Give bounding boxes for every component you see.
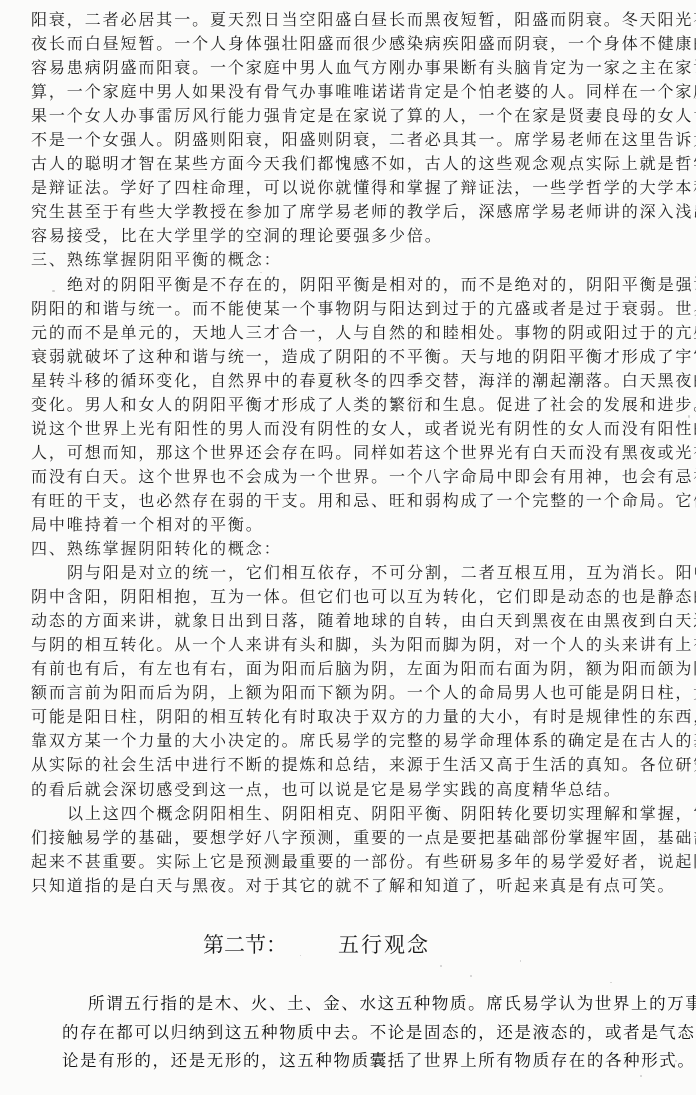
text-line: 衰弱就破坏了这种和谐与统一，造成了阴阳的不平衡。天与地的阴阳平衡才形成了宇宙中的: [31, 345, 671, 369]
text-line: 算，一个家庭中男人如果没有骨气办事唯唯诺诺肯定是个怕老婆的人。同样在一个家庭中如: [31, 80, 671, 104]
text-line: 星转斗移的循环变化，自然界中的春夏秋冬的四季交替，海洋的潮起潮落。白天黑夜的昼夜: [31, 369, 671, 393]
text-line: 可能是阳日柱，阴阳的相互转化有时取决于双方的力量的大小，有时是规律性的东西，不是: [31, 705, 671, 729]
section-title-text: 五行观念: [338, 930, 430, 960]
text-line: 阴阳的和谐与统一。而不能使某一个事物阴与阳达到过于的亢盛或者是过于衰弱。世界是多: [31, 297, 671, 321]
text-line: 阴中含阳，阴阳相抱，互为一体。但它们也可以互为转化，它们即是动态的也是静态的。从: [31, 585, 671, 609]
text-line: 论是有形的，还是无形的，这五种物质囊括了世界上所有物质存在的各种形式。: [62, 1047, 672, 1076]
text-line: 的看后就会深切感受到这一点，也可以说是它是易学实践的高度精华总结。: [31, 778, 671, 802]
text-line: 不是一个女强人。阴盛则阳衰，阳盛则阴衰，二者必具其一。席学易老师在这里告诉大家，: [31, 128, 671, 152]
scanned-document-page: 阳衰，二者必居其一。夏天烈日当空阳盛白昼长而黑夜短暂，阳盛而阴衰。冬天阳光不烈黑…: [0, 0, 696, 1095]
paragraph-start: 绝对的阴阳平衡是不存在的，阴阳平衡是相对的，而不是绝对的，阴阳平衡是强调事物: [31, 273, 671, 297]
text-line: 变化。男人和女人的阴阳平衡才形成了人类的繁衍和生息。促进了社会的发展和进步。如果: [31, 393, 671, 417]
paragraph-start: 所谓五行指的是木、火、土、金、水这五种物质。席氏易学认为世界上的万事万物: [62, 990, 672, 1019]
subsection-heading-transformation: 四、熟练掌握阴阳转化的概念：: [31, 537, 671, 561]
text-line: 阳衰，二者必居其一。夏天烈日当空阳盛白昼长而黑夜短暂，阳盛而阴衰。冬天阳光不烈黑: [31, 8, 671, 32]
text-line: 究生甚至于有些大学教授在参加了席学易老师的教学后，深感席学易老师讲的深入浅出，很: [31, 200, 671, 224]
text-line: 们接触易学的基础，要想学好八字预测，重要的一点是要把基础部份掌握牢固，基础部份看: [31, 826, 671, 850]
paragraph-start: 以上这四个概念阴阳相生、阴阳相克、阴阳平衡、阴阳转化要切实理解和掌握，它是我: [31, 802, 671, 826]
text-line: 靠双方某一个力量的大小决定的。席氏易学的完整的易学命理体系的确定是在古人的基础上: [31, 729, 671, 753]
text-line: 起来不甚重要。实际上它是预测最重要的一部份。有些研易多年的易学爱好者，说起阴阳来: [31, 850, 671, 874]
text-line: 果一个女人办事雷厉风行能力强肯定是在家说了算的人，一个在家是贤妻良母的女人肯定也: [31, 104, 671, 128]
body-text-block: 阳衰，二者必居其一。夏天烈日当空阳盛白昼长而黑夜短暂，阳盛而阴衰。冬天阳光不烈黑…: [31, 8, 671, 898]
section-heading: 第二节： 五行观念: [203, 930, 287, 960]
five-elements-paragraph: 所谓五行指的是木、火、土、金、水这五种物质。席氏易学认为世界上的万事万物 的存在…: [62, 990, 672, 1076]
text-line: 额而言前为阳而后为阴，上额为阳而下额为阴。一个人的命局男人也可能是阴日柱，女人也: [31, 681, 671, 705]
text-line: 有前也有后，有左也有右，面为阳而后脑为阴，左面为阳而右面为阴，额为阳而颌为阴，对: [31, 657, 671, 681]
text-line: 局中唯持着一个相对的平衡。: [31, 513, 671, 537]
text-line: 从实际的社会生活中进行不断的提炼和总结，来源于生活又高于生活的真知。各位研究易学: [31, 753, 671, 777]
text-line: 说这个世界上光有阳性的男人而没有阴性的女人，或者说光有阴性的女人而没有阳性的男: [31, 417, 671, 441]
text-line: 夜长而白昼短暂。一个人身体强壮阳盛而很少感染病疾阳盛而阴衰，一个身体不健康的人最: [31, 32, 671, 56]
text-line: 只知道指的是白天与黑夜。对于其它的就不了解和知道了，听起来真是有点可笑。: [31, 874, 671, 898]
text-line: 动态的方面来讲，就象日出到日落，随着地球的自转，由白天到黑夜在由黑夜到白天这样阳: [31, 609, 671, 633]
text-line: 元的而不是单元的，天地人三才合一，人与自然的和睦相处。事物的阴或阳过于的亢盛大或: [31, 321, 671, 345]
text-line: 古人的聪明才智在某些方面今天我们都愧感不如，古人的这些观念观点实际上就是哲学，就: [31, 152, 671, 176]
section-number: 第二节：: [203, 930, 287, 960]
text-line: 是辩证法。学好了四柱命理，可以说你就懂得和掌握了辩证法，一些学哲学的大学本科生研: [31, 176, 671, 200]
text-line: 而没有白天。这个世界也不会成为一个世界。一个八字命局中即会有用神，也会有忌神，即: [31, 465, 671, 489]
text-line: 人，可想而知，那这个世界还会存在吗。同样如若这个世界光有白天而没有黑夜或光有黑夜: [31, 441, 671, 465]
text-line: 的存在都可以归纳到这五种物质中去。不论是固态的，还是液态的，或者是气态的，不: [62, 1019, 672, 1048]
text-line: 与阴的相互转化。从一个人来讲有头和脚，头为阳而脚为阴，对一个人的头来讲有上有下，: [31, 633, 671, 657]
subsection-heading-balance: 三、熟练掌握阴阳平衡的概念：: [31, 248, 671, 272]
text-line: 容易接受，比在大学里学的空洞的理论要强多少倍。: [31, 224, 671, 248]
text-line: 容易患病阴盛而阳衰。一个家庭中男人血气方刚办事果断有头脑肯定为一家之主在家说了: [31, 56, 671, 80]
paragraph-start: 阴与阳是对立的统一，它们相互依存，不可分割，二者互根互用，互为消长。阳中有阴，: [31, 561, 671, 585]
text-line: 有旺的干支，也必然存在弱的干支。用和忌、旺和弱构成了一个完整的一个命局。它们在命: [31, 489, 671, 513]
